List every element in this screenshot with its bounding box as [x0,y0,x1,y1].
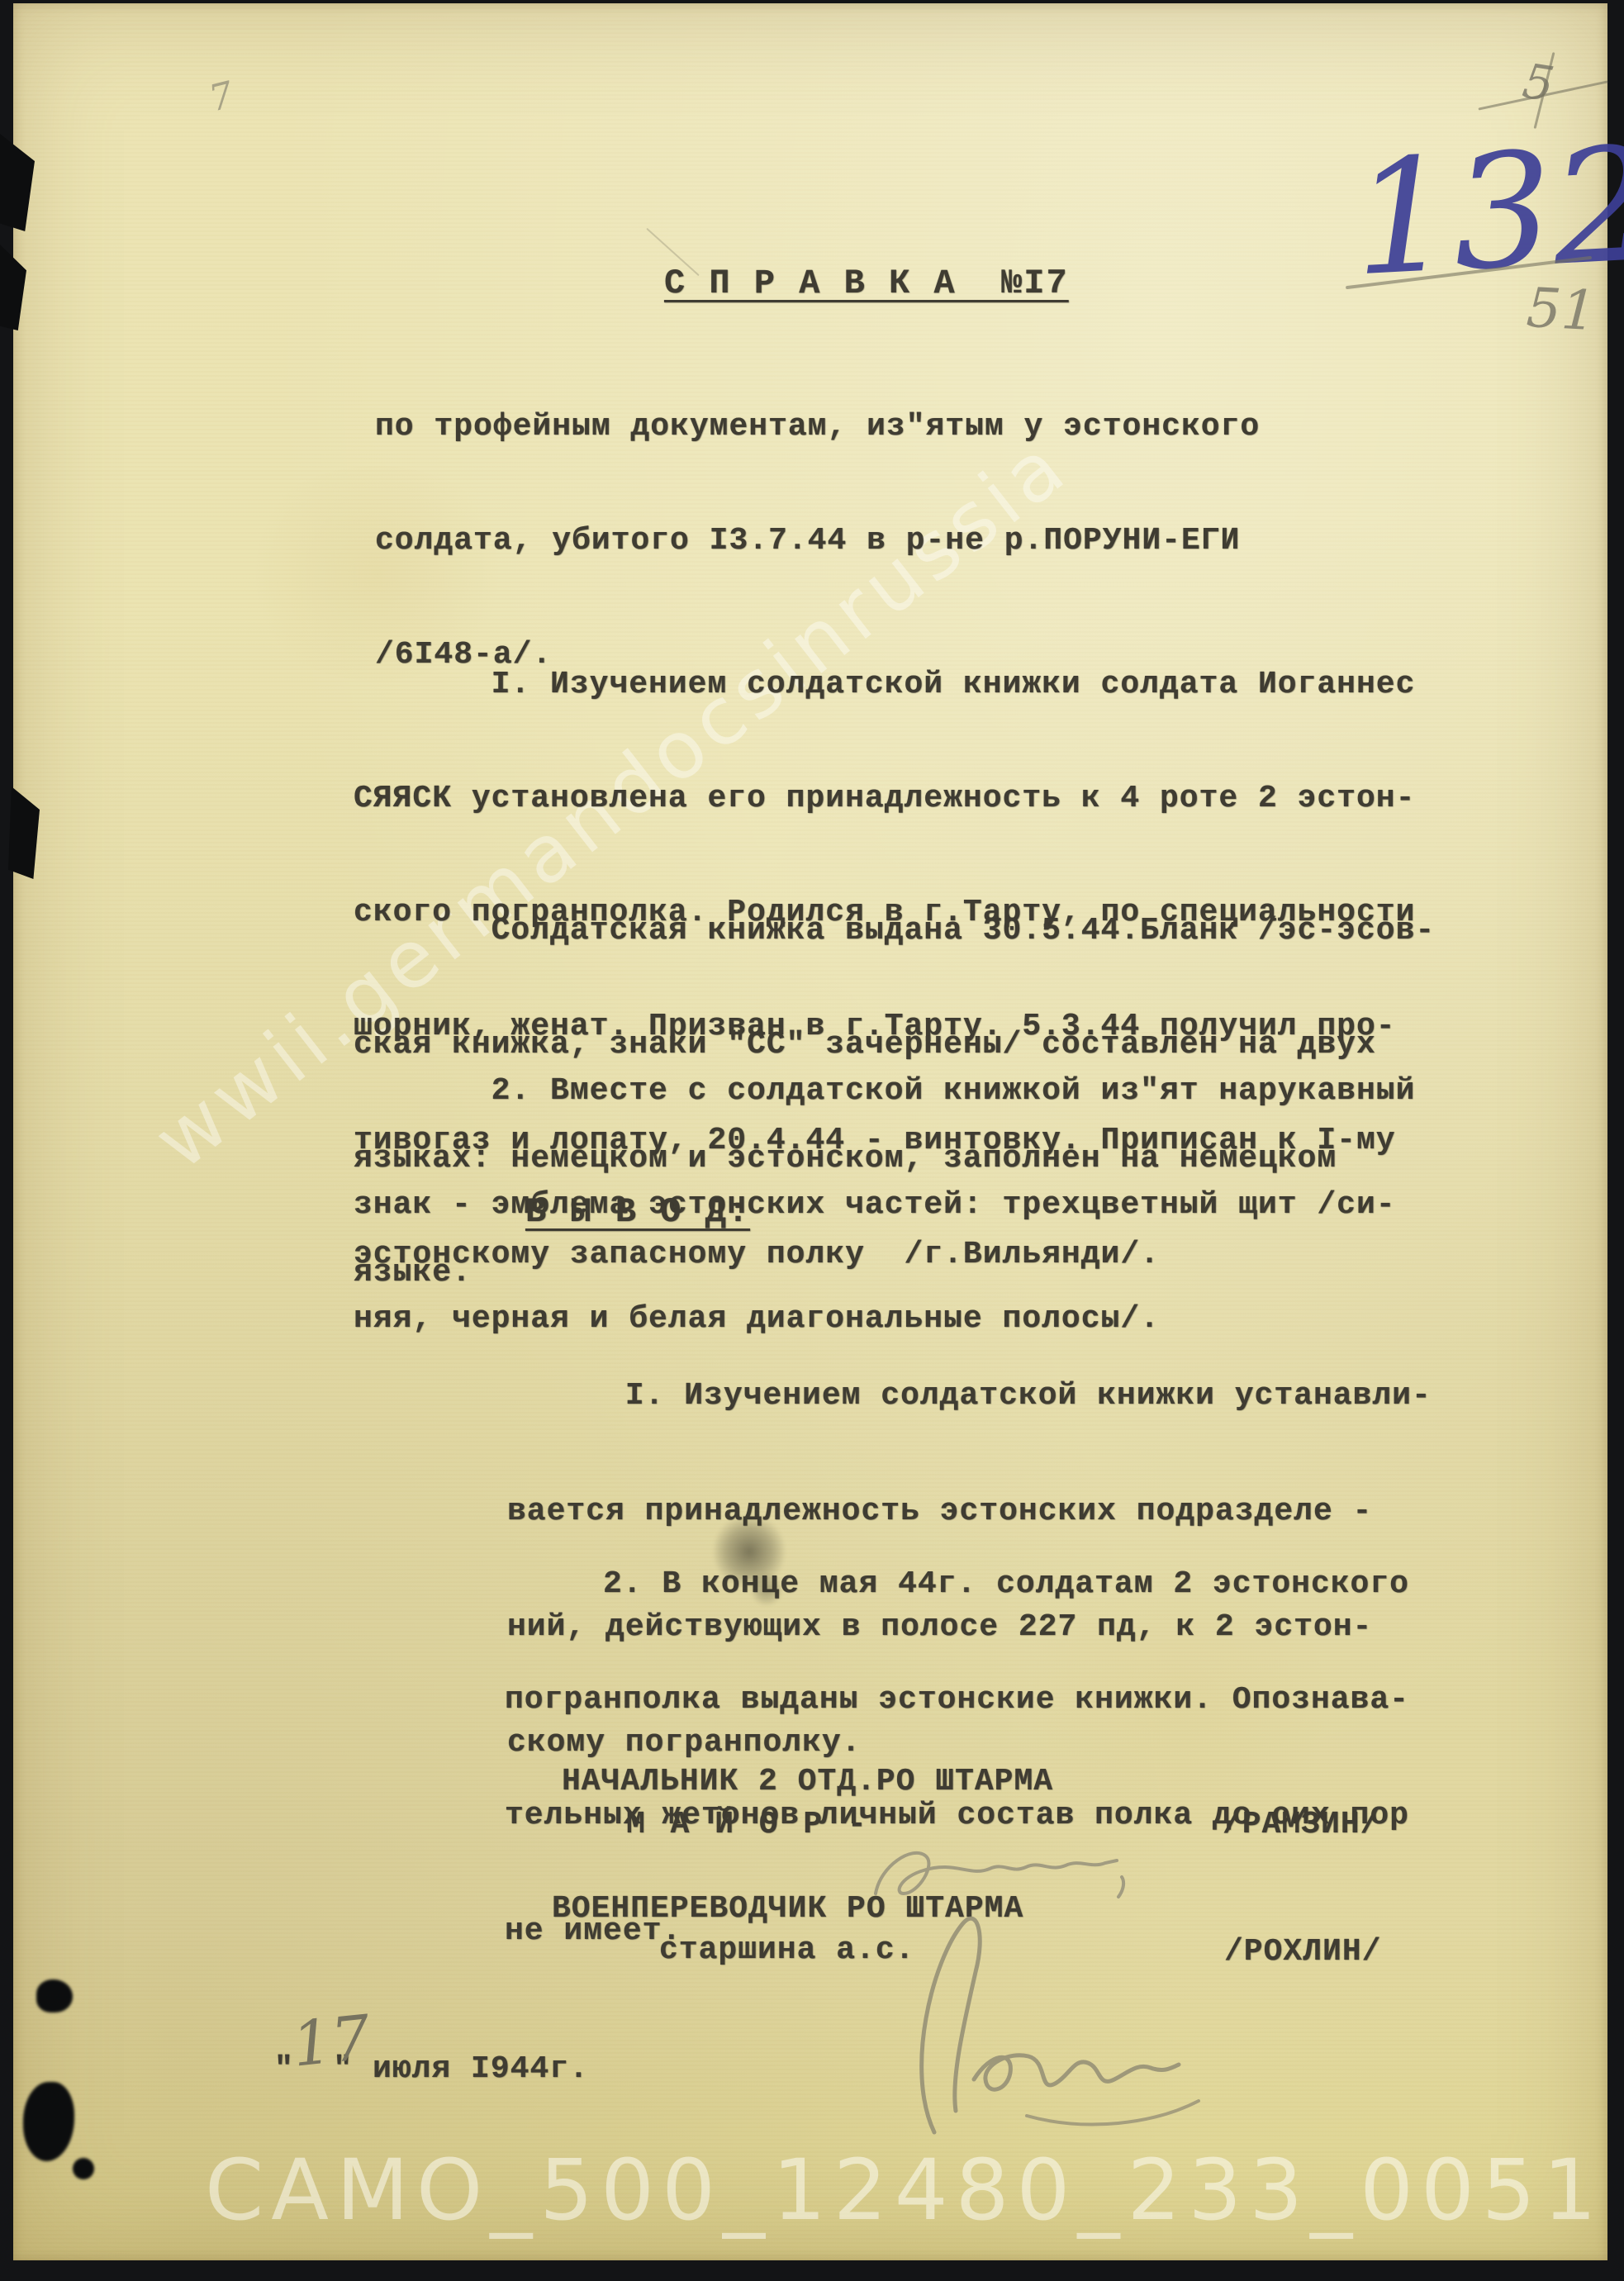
typed-line: 2. В конце мая 44г. солдатам 2 эстонског… [505,1565,1409,1603]
typed-line: 2. Вместе с солдатской книжкой из"ят нар… [354,1072,1415,1110]
archive-code-watermark: САМО_500_12480_233_0051 [205,2141,1604,2240]
typed-line: погранполка выданы эстонские книжки. Опо… [505,1680,1409,1718]
scan-blot [36,1979,73,2013]
scan-background: { "document": { "archive_page_number": "… [0,0,1624,2281]
pencil-note-corner: 7 [205,74,238,120]
typed-line: Солдатская книжка выдана 30.5.44.Бланк /… [354,912,1435,950]
translator-name: /РОХЛИН/ [1224,1933,1381,1971]
typed-line: по трофейным документам, из"ятым у эстон… [375,408,1260,446]
handwritten-day: 17 [289,2002,374,2080]
pencil-note-side: 51 [1525,276,1598,343]
chief-name: /РАМЗИН/ [1223,1806,1379,1844]
document-page: wwii.germandocsinrussia С П Р А В К А №I… [13,3,1607,2260]
typed-line: знак - эмблема эстонских частей: трехцве… [354,1186,1415,1224]
chief-rank: М А Й О Р - [626,1806,870,1844]
signature-rokhlin [852,1908,1215,2155]
scan-blot [73,2158,94,2179]
typed-line: солдата, убитого I3.7.44 в р-не р.ПОРУНИ… [375,522,1260,560]
typed-line: I. Изучением солдатской книжки солдата И… [354,666,1415,704]
chief-title: НАЧАЛЬНИК 2 ОТД.РО ШТАРМА [562,1763,1053,1801]
conclusion-heading: В Ы В О Д: [525,1193,750,1231]
document-title: С П Р А В К А №I7 [664,264,1069,302]
typed-line: СЯЯСК установлена его принадлежность к 4… [354,780,1415,818]
ink-smudge [750,1573,783,1606]
typed-line: I. Изучением солдатской книжки устанавли… [507,1376,1432,1414]
archive-page-number: 132 [1349,126,1624,299]
